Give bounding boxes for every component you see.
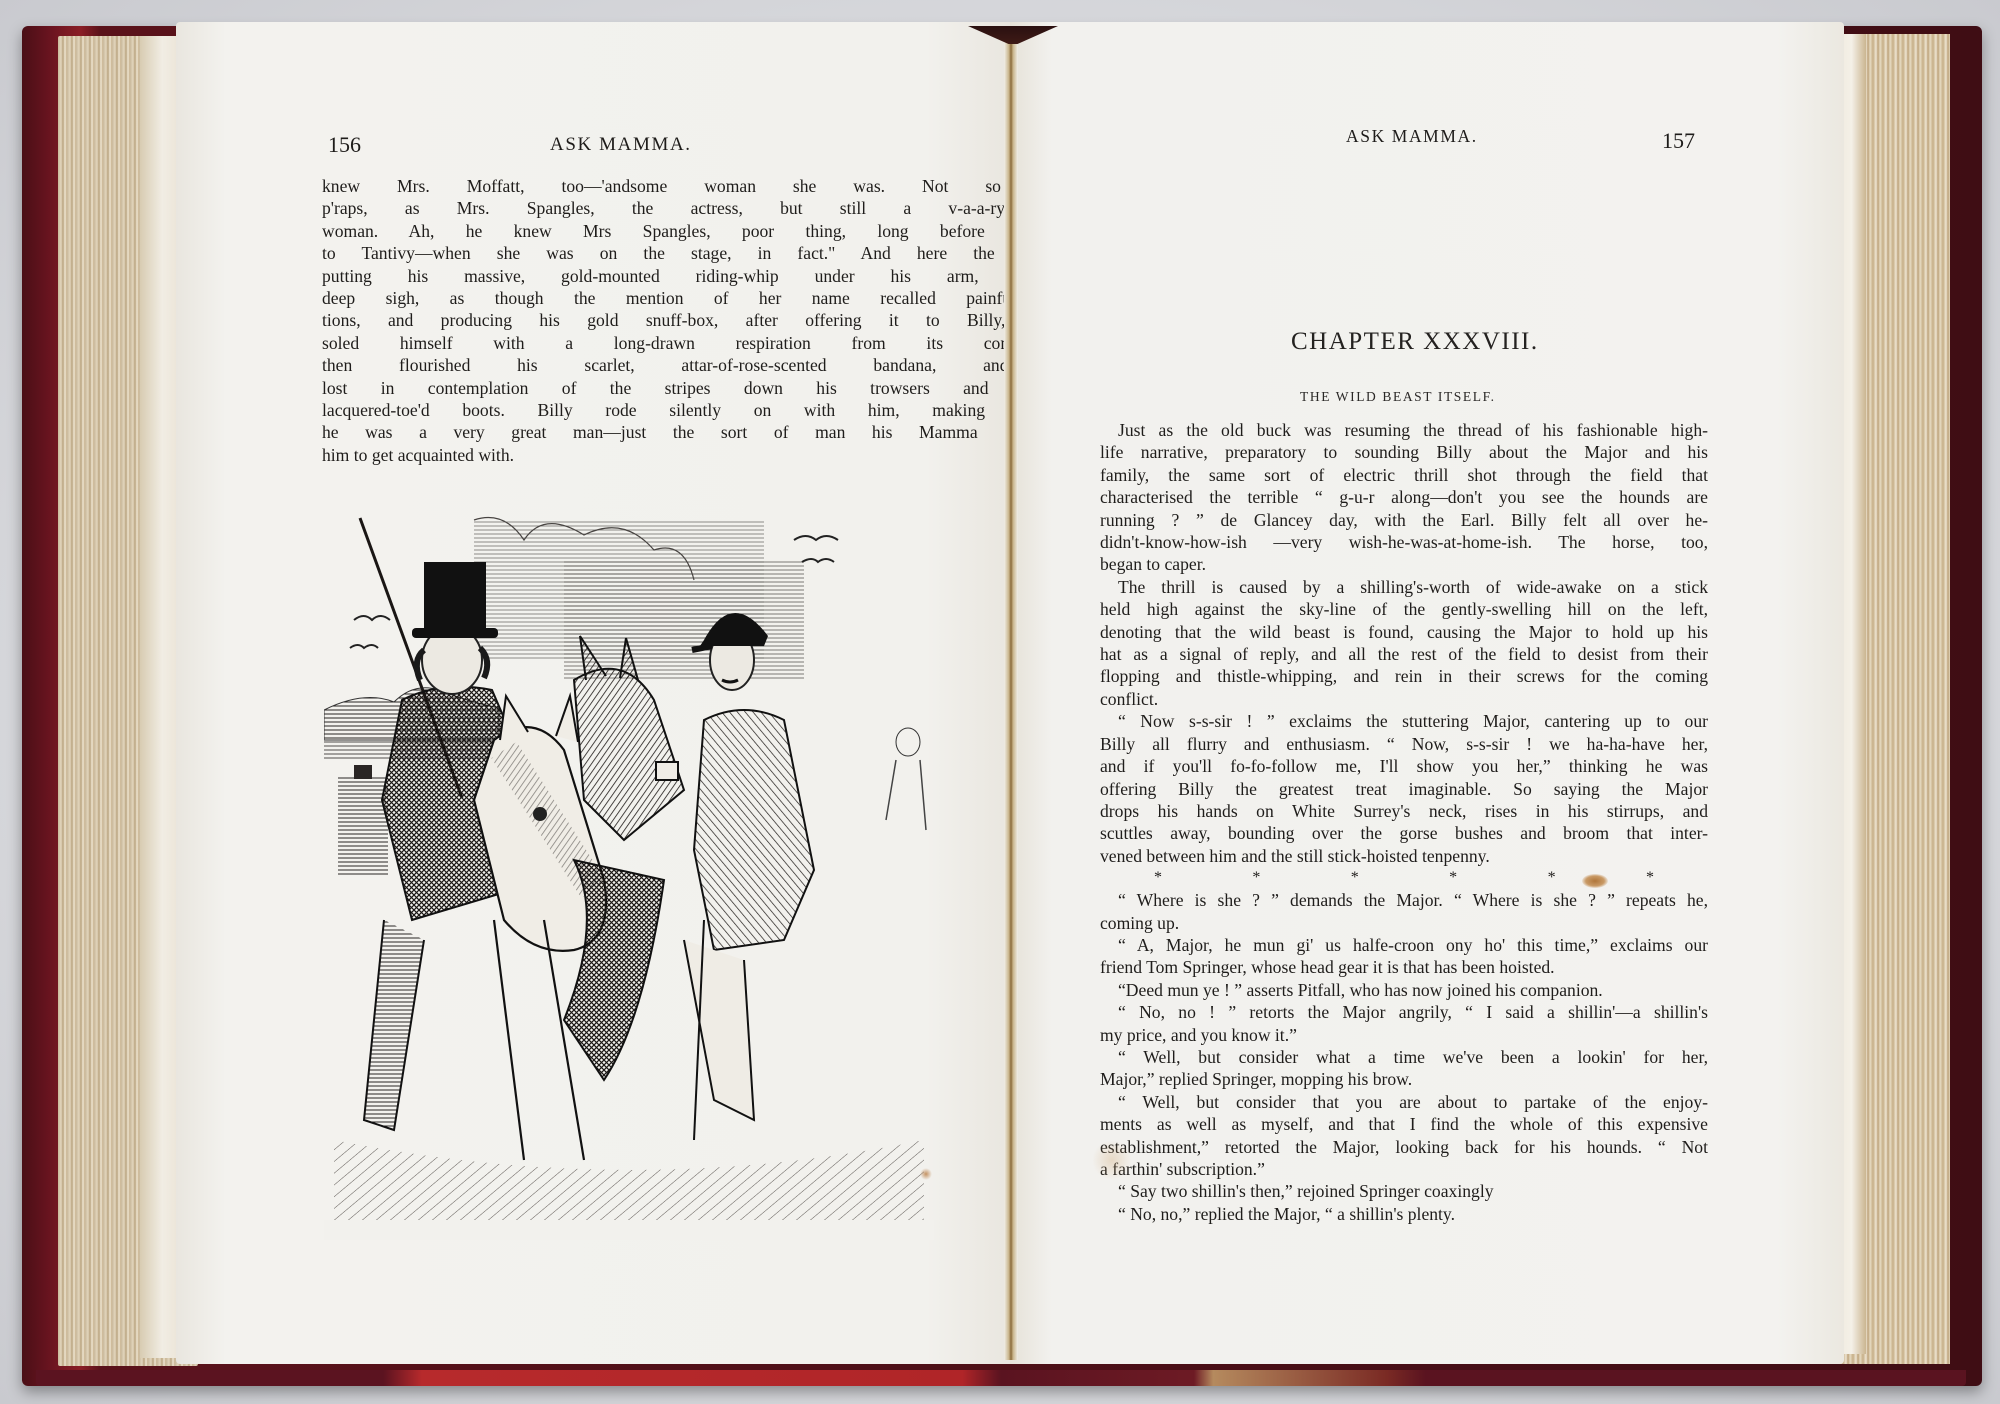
foxing-stain <box>1092 1140 1132 1180</box>
text-line: friend Tom Springer, whose head gear it … <box>1100 956 1708 978</box>
left-page-text: knew Mrs. Moffatt, too—'andsome woman sh… <box>322 175 1108 466</box>
text-line: woman. Ah, he knew Mrs Spangles, poor th… <box>322 220 1108 242</box>
snuff-box <box>656 762 678 780</box>
text-line: Billy all flurry and enthusiasm. “ Now, … <box>1100 733 1708 755</box>
text-line: The thrill is caused by a shilling's-wor… <box>1100 576 1708 598</box>
text-line: him to get acquainted with. <box>322 444 1108 466</box>
text-line: p'raps, as Mrs. Spangles, the actress, b… <box>322 197 1108 219</box>
asterisk: * <box>1548 867 1556 889</box>
text-line: lacquered-toe'd boots. Billy rode silent… <box>322 399 1108 421</box>
right-page-text: Just as the old buck was resuming the th… <box>1100 419 1708 1225</box>
text-line: characterised the terrible “ g-u-r along… <box>1100 486 1708 508</box>
text-line: a farthin' subscription.” <box>1100 1158 1708 1180</box>
text-line: “ Say two shillin's then,” rejoined Spri… <box>1100 1180 1708 1202</box>
text-line: “Deed mun ye ! ” asserts Pitfall, who ha… <box>1100 979 1708 1001</box>
text-line: Just as the old buck was resuming the th… <box>1100 419 1708 441</box>
text-line: deep sigh, as though the mention of her … <box>322 287 1108 309</box>
text-line: didn't-know-how-ish —very wish-he-was-at… <box>1100 531 1708 553</box>
chapter-title: CHAPTER XXXVIII. <box>1291 328 1539 356</box>
text-line: and if you'll fo-fo-follow me, I'll show… <box>1100 755 1708 777</box>
asterisk: * <box>1646 867 1654 889</box>
book-gutter <box>1004 30 1018 1360</box>
text-line: knew Mrs. Moffatt, too—'andsome woman sh… <box>322 175 1108 197</box>
text-line: denoting that the wild beast is found, c… <box>1100 621 1708 643</box>
text-line: scuttles away, bounding over the gorse b… <box>1100 822 1708 844</box>
running-head-right: ASK MAMMA. <box>1346 126 1478 147</box>
text-line: offering Billy the greatest treat imagin… <box>1100 778 1708 800</box>
text-line: ments as well as myself, and that I find… <box>1100 1113 1708 1135</box>
text-line: my price, and you know it.” <box>1100 1024 1708 1046</box>
asterisk: * <box>1351 867 1359 889</box>
section-break-asterisks: ****** <box>1100 867 1708 889</box>
text-line: drops his hands on White Surrey's neck, … <box>1100 800 1708 822</box>
text-line: “ No, no ! ” retorts the Major angrily, … <box>1100 1001 1708 1023</box>
young-rider-coat <box>694 710 814 950</box>
text-line: “ No, no,” replied the Major, “ a shilli… <box>1100 1203 1708 1225</box>
text-line: “ Well, but consider that you are about … <box>1100 1091 1708 1113</box>
asterisk: * <box>1154 867 1162 889</box>
top-hat <box>424 562 486 634</box>
bird <box>354 616 390 620</box>
text-line: began to caper. <box>1100 553 1708 575</box>
asterisk: * <box>1252 867 1260 889</box>
chapter-subtitle: THE WILD BEAST ITSELF. <box>1300 389 1496 405</box>
foxing-stain <box>1582 874 1608 888</box>
text-line: then flourished his scarlet, attar-of-ro… <box>322 354 1108 376</box>
text-line: to Tantivy—when she was on the stage, in… <box>322 242 1108 264</box>
foxing-stain <box>920 1168 932 1180</box>
text-line: vened between him and the still stick-ho… <box>1100 845 1708 867</box>
text-line: “ Now s-s-sir ! ” exclaims the stutterin… <box>1100 710 1708 732</box>
text-line: “ Well, but consider what a time we've b… <box>1100 1046 1708 1068</box>
text-line: flopping and thistle-whipping, and rein … <box>1100 665 1708 687</box>
asterisk: * <box>1449 867 1457 889</box>
text-line: tions, and producing his gold snuff-box,… <box>322 309 1108 331</box>
text-line: coming up. <box>1100 912 1708 934</box>
text-line: he was a very great man—just the sort of… <box>322 421 1108 443</box>
text-line: life narrative, preparatory to sounding … <box>1100 441 1708 463</box>
text-line: Major,” replied Springer, mopping his br… <box>1100 1068 1708 1090</box>
engraving-illustration <box>324 500 934 1240</box>
text-line: running ? ” de Glancey day, with the Ear… <box>1100 509 1708 531</box>
right-page: ASK MAMMA. 157 CHAPTER XXXVIII. THE WILD… <box>1010 22 1844 1364</box>
text-line: putting his massive, gold-mounted riding… <box>322 265 1108 287</box>
text-line: “ Where is she ? ” demands the Major. “ … <box>1100 889 1708 911</box>
text-line: family, the same sort of electric thrill… <box>1100 464 1708 486</box>
running-head-left: ASK MAMMA. <box>550 134 692 156</box>
page-number-right: 157 <box>1662 128 1695 154</box>
text-line: lost in contemplation of the stripes dow… <box>322 377 1108 399</box>
text-line: “ A, Major, he mun gi' us halfe-croon on… <box>1100 934 1708 956</box>
book-cover-bottom-edge <box>36 1370 1966 1386</box>
text-line: hat as a signal of reply, and all the re… <box>1100 643 1708 665</box>
text-line: conflict. <box>1100 688 1708 710</box>
page-number-left: 156 <box>328 132 361 158</box>
text-line: held high against the sky-line of the ge… <box>1100 598 1708 620</box>
background-rider <box>338 775 388 875</box>
text-line: soled himself with a long-drawn respirat… <box>322 332 1108 354</box>
dark-horse <box>574 669 684 840</box>
text-line: establishment,” retorted the Major, look… <box>1100 1136 1708 1158</box>
